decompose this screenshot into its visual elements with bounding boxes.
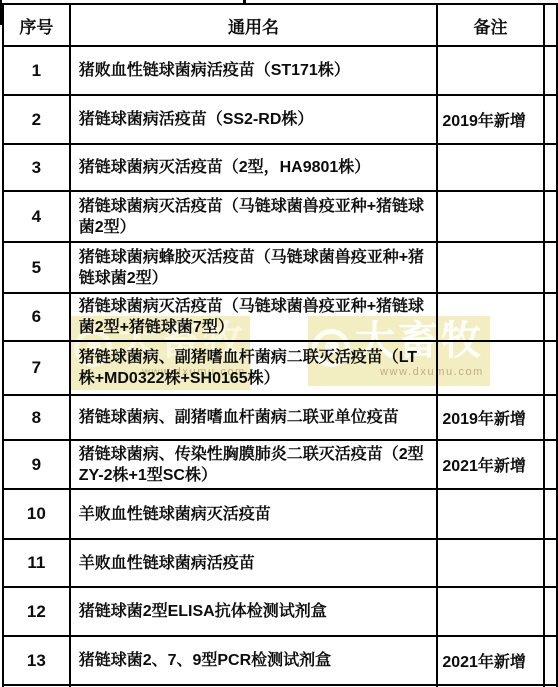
remark-cell [437,539,543,587]
cropped-sliver-cell [544,440,557,489]
generic-name-cell: 猪链球菌病灭活疫苗（马链球菌兽疫亚种+猪链球菌2型+猪链球菌7型） [70,293,438,341]
table-row: 4 猪链球菌病灭活疫苗（马链球菌兽疫亚种+猪链球菌2型） [3,191,557,242]
remark-cell: 2019年新增 [437,95,543,144]
cropped-sliver-cell [544,95,557,144]
remark-cell [437,144,543,191]
remark-cell [437,242,543,293]
crop-artifact [243,0,246,3]
generic-name-cell: 猪链球菌病蜂胶灭活疫苗（马链球菌兽疫亚种+猪链球菌2型） [70,242,438,293]
generic-name-cell: 猪链球菌2型ELISA抗体检测试剂盒 [70,587,438,636]
remark-cell [437,489,543,539]
table-row: 7 猪链球菌病、副猪嗜血杆菌病二联灭活疫苗（LT株+MD0322株+SH0165… [3,341,557,395]
table-row: 13 猪链球菌2、7、9型PCR检测试剂盒 2021年新增 [3,636,557,685]
remark-cell: 2021年新增 [437,440,543,489]
generic-name-cell: 猪链球菌病、副猪嗜血杆菌病二联亚单位疫苗 [70,395,438,440]
table-row: 6 猪链球菌病灭活疫苗（马链球菌兽疫亚种+猪链球菌2型+猪链球菌7型） [3,293,557,341]
serial-cell: 11 [3,539,70,587]
header-row: 序号 通用名 备注 [3,4,557,46]
cropped-sliver-cell [544,293,557,341]
remark-cell: 2021年新增 [437,636,543,685]
generic-name-cell: 猪链球菌病、传染性胸膜肺炎二联灭活疫苗（2型ZY-2株+1型SC株） [70,440,438,489]
table-row: 11 羊败血性链球菌病活疫苗 [3,539,557,587]
generic-name-cell: 猪败血性链球菌病活疫苗（ST171株） [70,46,438,95]
table-row: 8 猪链球菌病、副猪嗜血杆菌病二联亚单位疫苗 2019年新增 [3,395,557,440]
page: 大畜牧 www.dxumu.com 大畜牧 www.dxumu.com 序号 通… [0,0,558,687]
remark-cell [437,191,543,242]
generic-name-cell: 羊败血性链球菌病灭活疫苗 [70,489,438,539]
generic-name-cell: 猪链球菌病灭活疫苗（2型，HA9801株） [70,144,438,191]
cropped-sliver-cell [544,489,557,539]
table-row: 10 羊败血性链球菌病灭活疫苗 [3,489,557,539]
cropped-sliver-cell [544,395,557,440]
generic-name-cell: 猪链球菌病活疫苗（SS2-RD株） [70,95,438,144]
cropped-sliver-cell [544,539,557,587]
generic-name-cell: 猪链球菌2、7、9型PCR检测试剂盒 [70,636,438,685]
cropped-sliver-cell [544,144,557,191]
column-header-serial: 序号 [3,4,70,46]
column-header-generic-name: 通用名 [70,4,438,46]
serial-cell: 4 [3,191,70,242]
cropped-sliver-cell [544,341,557,395]
remark-cell: 2019年新增 [437,395,543,440]
remark-cell [437,46,543,95]
serial-cell: 6 [3,293,70,341]
generic-name-cell: 羊败血性链球菌病活疫苗 [70,539,438,587]
cropped-sliver-cell [544,587,557,636]
vaccine-table: 序号 通用名 备注 1 猪败血性链球菌病活疫苗（ST171株） 2 猪链球菌病活… [2,3,558,687]
remark-cell [437,293,543,341]
table-row: 2 猪链球菌病活疫苗（SS2-RD株） 2019年新增 [3,95,557,144]
serial-cell: 13 [3,636,70,685]
table-row: 12 猪链球菌2型ELISA抗体检测试剂盒 [3,587,557,636]
serial-cell: 9 [3,440,70,489]
cropped-sliver-cell [544,636,557,685]
cropped-sliver-cell [544,46,557,95]
generic-name-cell: 猪链球菌病灭活疫苗（马链球菌兽疫亚种+猪链球菌2型） [70,191,438,242]
crop-artifact [0,0,2,25]
remark-cell [437,587,543,636]
table-row: 1 猪败血性链球菌病活疫苗（ST171株） [3,46,557,95]
cropped-sliver-cell [544,191,557,242]
column-header-remark: 备注 [437,4,543,46]
cropped-sliver-cell [544,242,557,293]
serial-cell: 1 [3,46,70,95]
serial-cell: 2 [3,95,70,144]
table-row: 9 猪链球菌病、传染性胸膜肺炎二联灭活疫苗（2型ZY-2株+1型SC株） 202… [3,440,557,489]
remark-cell [437,341,543,395]
serial-cell: 10 [3,489,70,539]
serial-cell: 5 [3,242,70,293]
table-row: 5 猪链球菌病蜂胶灭活疫苗（马链球菌兽疫亚种+猪链球菌2型） [3,242,557,293]
table-row: 3 猪链球菌病灭活疫苗（2型，HA9801株） [3,144,557,191]
cropped-sliver-cell [544,4,557,46]
serial-cell: 7 [3,341,70,395]
generic-name-cell: 猪链球菌病、副猪嗜血杆菌病二联灭活疫苗（LT株+MD0322株+SH0165株） [70,341,438,395]
serial-cell: 12 [3,587,70,636]
serial-cell: 8 [3,395,70,440]
serial-cell: 3 [3,144,70,191]
